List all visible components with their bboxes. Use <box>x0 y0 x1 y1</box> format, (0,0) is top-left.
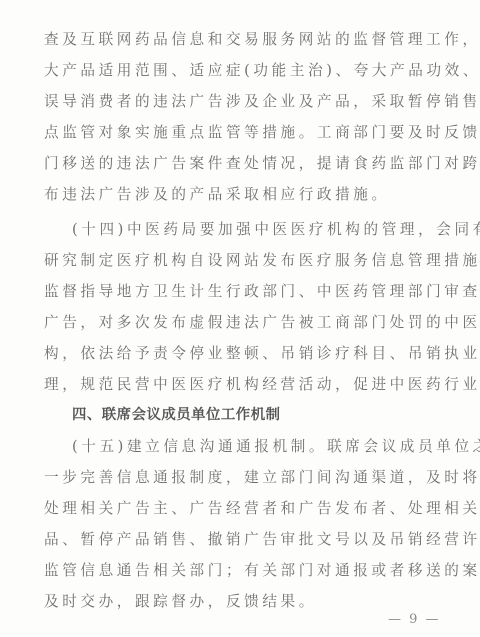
text-line: 处理相关广告主、广告经营者和广告发布者、处理相关企业和产 <box>44 493 436 524</box>
text-line: 误导消费者的违法广告涉及企业及产品，采取暂停销售、列入重 <box>44 86 436 117</box>
page-number: — 9 — <box>388 612 441 627</box>
text-line: 构，依法给予责令停业整顿、吊销诊疗科目、吊销执业许可等处 <box>44 338 436 369</box>
text-line: 广告，对多次发布虚假违法广告被工商部门处罚的中医医疗机 <box>44 307 436 338</box>
paragraph-15: (十五)建立信息沟通通报机制。联席会议成员单位之间要进 一步完善信息通报制度，建… <box>44 431 436 617</box>
text-line: 监管信息通告相关部门；有关部门对通报或者移送的案件线索要 <box>44 555 436 586</box>
text-line: 品、暂停产品销售、撤销广告审批文号以及吊销经营许可等重要 <box>44 524 436 555</box>
text-line: 研究制定医疗机构自设网站发布医疗服务信息管理措施及办法， <box>44 245 436 276</box>
text-line: 一步完善信息通报制度，建立部门间沟通渠道，及时将查办案件、 <box>44 462 436 493</box>
text-line: 监督指导地方卫生计生行政部门、中医药管理部门审查中医医疗 <box>44 276 436 307</box>
text-line: 点监管对象实施重点监管等措施。工商部门要及时反馈食药监部 <box>44 117 436 148</box>
text-line: 查及互联网药品信息和交易服务网站的监督管理工作，对任意扩 <box>44 24 436 55</box>
text-line: (十五)建立信息沟通通报机制。联席会议成员单位之间要进 <box>44 431 436 462</box>
text-line: 大产品适用范围、适应症(功能主治)、夸大产品功效、严重欺骗和 <box>44 55 436 86</box>
text-line: 门移送的违法广告案件查处情况，提请食药监部门对跨省多次发 <box>44 148 436 179</box>
paragraph-continued: 查及互联网药品信息和交易服务网站的监督管理工作，对任意扩 大产品适用范围、适应症… <box>44 24 436 210</box>
paragraph-14: (十四)中医药局要加强中医医疗机构的管理，会同有关部门 研究制定医疗机构自设网站… <box>44 214 436 400</box>
text-line: 理，规范民营中医医疗机构经营活动，促进中医药行业健康发展。 <box>44 369 436 400</box>
text-line: 布违法广告涉及的产品采取相应行政措施。 <box>44 179 436 210</box>
text-line: 及时交办，跟踪督办，反馈结果。 <box>44 586 436 617</box>
section-heading: 四、联席会议成员单位工作机制 <box>44 400 436 431</box>
text-line: (十四)中医药局要加强中医医疗机构的管理，会同有关部门 <box>44 214 436 245</box>
document-page: 查及互联网药品信息和交易服务网站的监督管理工作，对任意扩 大产品适用范围、适应症… <box>44 24 436 617</box>
